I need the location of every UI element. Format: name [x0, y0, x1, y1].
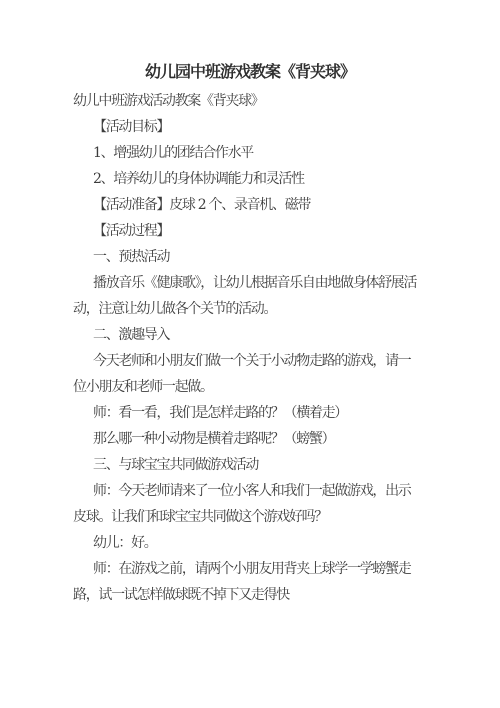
text-line-children-reply: 幼儿：好。 [73, 530, 427, 556]
text-line-subtitle: 幼儿中班游戏活动教案《背夹球》 [73, 88, 427, 114]
text-line-section-process: 【活动过程】 [73, 218, 427, 244]
text-line-goal-2: 2、培养幼儿的身体协调能力和灵活性 [73, 166, 427, 192]
text-line-section-goals: 【活动目标】 [73, 114, 427, 140]
document-body: 幼儿中班游戏活动教案《背夹球》 【活动目标】 1、增强幼儿的团结合作水平 2、培… [73, 88, 427, 608]
document-page: 幼儿园中班游戏教案《背夹球》 幼儿中班游戏活动教案《背夹球》 【活动目标】 1、… [0, 0, 500, 708]
text-line-animal-question: 那么哪一种小动物是横着走路呢？（螃蟹） [73, 426, 427, 452]
text-line-goal-1: 1、增强幼儿的团结合作水平 [73, 140, 427, 166]
text-line-teacher-question: 师：看一看，我们是怎样走路的？（横着走） [73, 400, 427, 426]
text-line-section-materials: 【活动准备】皮球 2 个、录音机、磁带 [73, 192, 427, 218]
text-line-teacher-task-cont: 路，试一试怎样做球既不掉下又走得快 [73, 582, 427, 608]
text-line-step-1-body-cont: 动，注意让幼儿做各个关节的活动。 [73, 296, 427, 322]
text-line-teacher-task: 师：在游戏之前，请两个小朋友用背夹上球学一学螃蟹走 [73, 556, 427, 582]
document-title: 幼儿园中班游戏教案《背夹球》 [73, 59, 427, 85]
text-line-step-2-body-cont: 位小朋友和老师一起做。 [73, 374, 427, 400]
text-line-step-2-heading: 二、激趣导入 [73, 322, 427, 348]
text-line-teacher-intro-cont: 皮球。让我们和球宝宝共同做这个游戏好吗？ [73, 504, 427, 530]
text-line-step-3-heading: 三、与球宝宝共同做游戏活动 [73, 452, 427, 478]
text-line-step-1-body: 播放音乐《健康歌》，让幼儿根据音乐自由地做身体舒展活 [73, 270, 427, 296]
text-line-teacher-intro: 师：今天老师请来了一位小客人和我们一起做游戏，出示 [73, 478, 427, 504]
text-line-step-1-heading: 一、预热活动 [73, 244, 427, 270]
text-line-step-2-body: 今天老师和小朋友们做一个关于小动物走路的游戏，请一 [73, 348, 427, 374]
